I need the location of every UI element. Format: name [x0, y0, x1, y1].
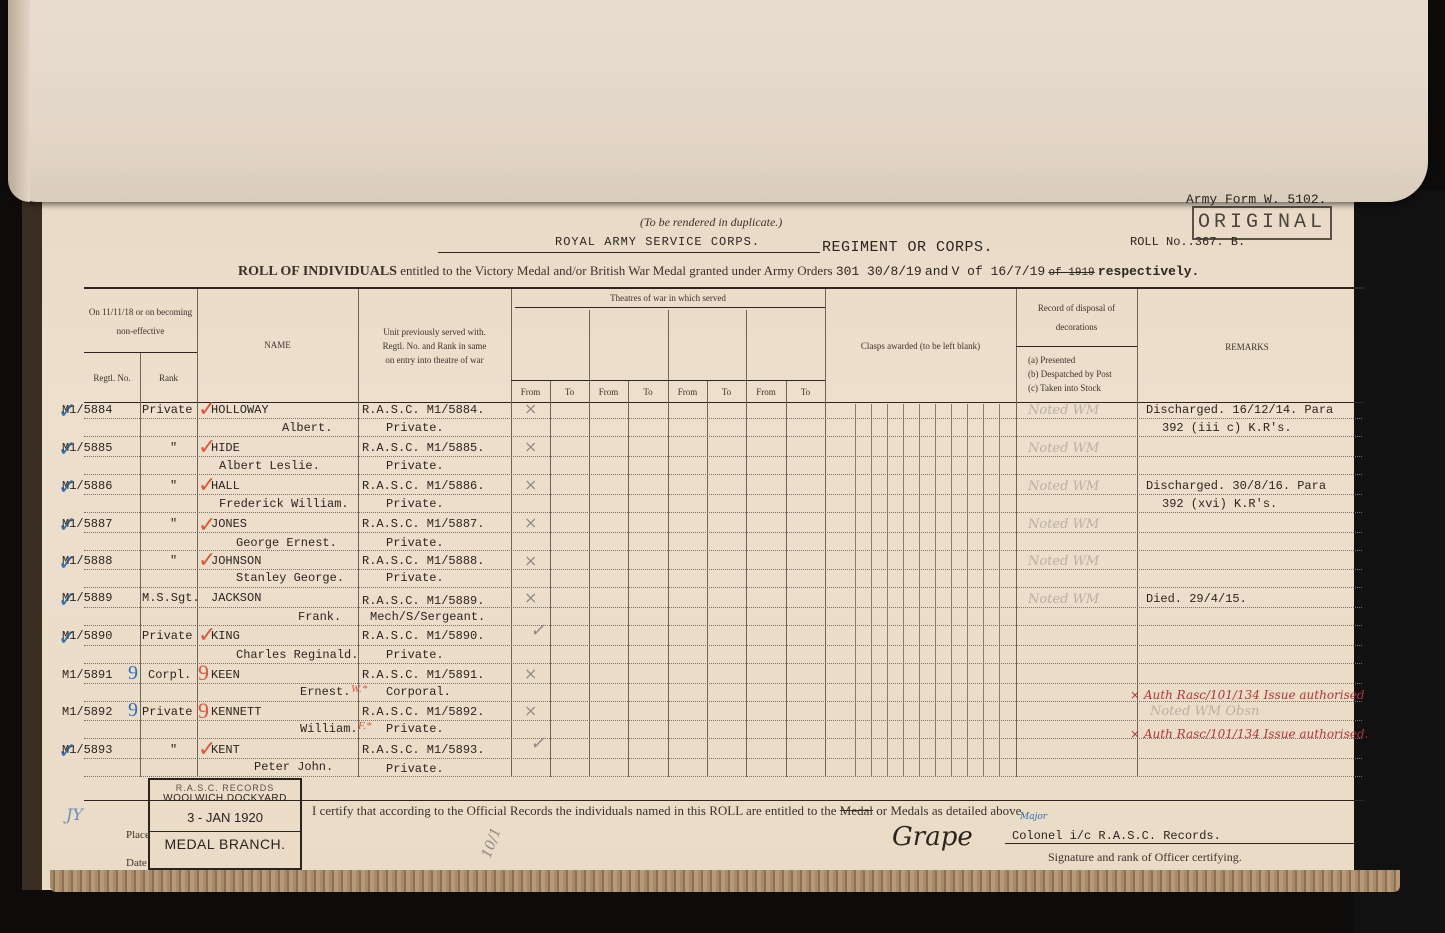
- stamp-line2: WOOLWICH DOCKYARD: [150, 793, 300, 804]
- rank: Corpl.: [148, 668, 191, 682]
- header-from-1: From: [511, 386, 550, 398]
- theatre-mark: ×: [524, 399, 537, 418]
- col-line: [825, 289, 826, 777]
- header-to-1: To: [550, 386, 589, 398]
- unit-rank: Mech/S/Sergeant.: [370, 610, 485, 624]
- roll-title-bold: ROLL OF INDIVIDUALS: [238, 264, 397, 279]
- red-mark-icon: 9: [198, 698, 209, 724]
- order-2: V of 16/7/19: [952, 264, 1046, 279]
- records-stamp: R.A.S.C. RECORDS WOOLWICH DOCKYARD 3 - J…: [148, 778, 302, 870]
- header-disposal-b: (b) Despatched by Post: [1028, 368, 1112, 380]
- forenames: William.: [300, 722, 358, 736]
- theatre-mark: ×: [524, 701, 537, 720]
- rank: Private: [142, 705, 192, 719]
- remarks: Discharged. 30/8/16. Para: [1146, 479, 1326, 493]
- background-shadow: [1354, 190, 1445, 933]
- disposal-note: Noted WM: [1028, 517, 1099, 532]
- regtl-no: M1/5891: [62, 668, 112, 682]
- col-line: [707, 380, 708, 777]
- header-on-date: On 11/11/18 or on becoming: [84, 306, 197, 318]
- row-line: [84, 625, 1362, 626]
- remarks: 392 (iii c) K.R's.: [1162, 421, 1292, 435]
- certify-text: I certify that according to the Official…: [312, 803, 837, 818]
- row-line: [84, 720, 1362, 721]
- row-line: [84, 663, 1362, 664]
- roll-title: ROLL OF INDIVIDUALS entitled to the Vict…: [238, 263, 1199, 280]
- forenames: Stanley George.: [236, 571, 344, 585]
- unit-rank: Private.: [386, 571, 444, 585]
- rank: Private: [142, 629, 192, 643]
- header-to-2: To: [628, 386, 668, 398]
- disposal-note: Noted WM: [1028, 554, 1099, 569]
- red-mark-icon: 9: [198, 660, 209, 686]
- header-from-3: From: [668, 386, 707, 398]
- col-line: [550, 380, 551, 777]
- col-line: [140, 352, 141, 777]
- row-line: [84, 758, 1362, 759]
- regtl-no: M1/5893: [62, 743, 112, 757]
- remarks-handwritten: × Auth Rasc/101/134 Issue authorised: [1130, 688, 1365, 702]
- header-divider: [1016, 346, 1137, 347]
- header-disposal-2: decorations: [1016, 321, 1137, 333]
- row-line: [84, 587, 1362, 588]
- header-unit-1: Unit previously served with.: [358, 326, 511, 338]
- initial-note: F.*: [358, 720, 372, 732]
- unit: R.A.S.C. M1/5893.: [362, 743, 484, 757]
- unit-rank: Private.: [386, 762, 444, 776]
- unit: R.A.S.C. M1/5890.: [362, 629, 484, 643]
- rank: ": [170, 554, 177, 568]
- stamp-branch: MEDAL BRANCH.: [150, 831, 300, 852]
- disposal-note: Noted WM: [1028, 403, 1099, 418]
- regtl-no: M1/5884: [62, 403, 112, 417]
- unit: R.A.S.C. M1/5888.: [362, 554, 484, 568]
- surname: JACKSON: [211, 591, 261, 605]
- header-from-2: From: [589, 386, 628, 398]
- col-line: [511, 289, 512, 777]
- header-remarks: REMARKS: [1137, 341, 1357, 353]
- header-disposal-c: (c) Taken into Stock: [1028, 382, 1101, 394]
- theatre-mark: ×: [524, 664, 537, 683]
- corps-name: ROYAL ARMY SERVICE CORPS.: [555, 235, 760, 249]
- col-line: [786, 380, 787, 777]
- unit: R.A.S.C. M1/5887.: [362, 517, 484, 531]
- theatre-mark: ×: [524, 551, 537, 570]
- certification-text: I certify that according to the Official…: [312, 803, 1025, 819]
- remarks-handwritten: × Auth Rasc/101/134 Issue authorised.: [1130, 727, 1368, 741]
- surname: KING: [211, 629, 240, 643]
- surname: KENT: [211, 743, 240, 757]
- officer-signature: Grape: [892, 822, 973, 852]
- header-to-4: To: [786, 386, 825, 398]
- header-non-effective: non-effective: [84, 325, 197, 337]
- header-to-3: To: [707, 386, 746, 398]
- roll-number: ROLL No..367. B.: [1130, 235, 1245, 249]
- certify-text-end: or Medals as detailed above.: [876, 803, 1024, 818]
- forenames: George Ernest.: [236, 536, 337, 550]
- duplicate-note: (To be rendered in duplicate.): [640, 215, 782, 230]
- forenames: Albert.: [282, 421, 332, 435]
- header-theatres: Theatres of war in which served: [511, 292, 825, 304]
- theatre-mark: ✓: [530, 620, 545, 641]
- unit-rank: Private.: [386, 497, 444, 511]
- theatre-mark: ×: [524, 588, 537, 607]
- remarks: Died. 29/4/15.: [1146, 592, 1247, 606]
- army-orders: 301 30/8/19: [836, 264, 922, 279]
- rank-note: Major: [1020, 812, 1047, 822]
- unit: R.A.S.C. M1/5891.: [362, 668, 484, 682]
- signer-title: Colonel i/c R.A.S.C. Records.: [1012, 829, 1221, 843]
- col-line: [1016, 289, 1017, 777]
- regtl-no: M1/5892: [62, 705, 112, 719]
- theatre-mark: ×: [524, 513, 537, 532]
- surname: HIDE: [211, 441, 240, 455]
- unit-rank: Private.: [386, 536, 444, 550]
- row-line: [84, 512, 1362, 513]
- forenames: Albert Leslie.: [219, 459, 320, 473]
- signature-caption: Signature and rank of Officer certifying…: [1048, 850, 1242, 865]
- rank: ": [170, 517, 177, 531]
- unit: R.A.S.C. M1/5886.: [362, 479, 484, 493]
- rank: M.S.Sgt.: [142, 591, 200, 605]
- header-unit-3: on entry into theatre of war: [358, 354, 511, 366]
- row-line: [84, 683, 1362, 684]
- remarks: 392 (xvi) K.R's.: [1162, 497, 1277, 511]
- regtl-no: M1/5885: [62, 441, 112, 455]
- unit-rank: Private.: [386, 722, 444, 736]
- stamp-line1: R.A.S.C. RECORDS: [150, 783, 300, 793]
- header-regtl-no: Regtl. No.: [84, 372, 140, 384]
- regiment-label: REGIMENT OR CORPS.: [822, 239, 993, 256]
- theatre-mark: ✓: [530, 733, 545, 754]
- blue-mark-icon: 9: [128, 662, 138, 685]
- rank: ": [170, 441, 177, 455]
- header-divider: [511, 380, 825, 381]
- regtl-no: M1/5889: [62, 591, 112, 605]
- table-top-border: [84, 287, 1364, 289]
- struck-text: of 1919: [1048, 267, 1094, 279]
- row-line: [84, 418, 1362, 419]
- surname: HALL: [211, 479, 240, 493]
- header-rank: Rank: [140, 372, 197, 384]
- stamp-date: 3 - JAN 1920: [150, 810, 300, 825]
- forenames: Ernest.: [300, 685, 350, 699]
- clasps-grid: [840, 404, 1015, 777]
- date-label: Date: [126, 857, 147, 869]
- unit-rank: Corporal.: [386, 685, 451, 699]
- theatre-mark: ×: [524, 437, 537, 456]
- theatre-mark: ×: [524, 475, 537, 494]
- header-clasps: Clasps awarded (to be left blank): [825, 340, 1016, 352]
- surname: JOHNSON: [211, 554, 261, 568]
- regtl-no: M1/5888: [62, 554, 112, 568]
- header-unit-2: Regtl. No. and Rank in same: [358, 340, 511, 352]
- row-line: [84, 569, 1362, 570]
- row-line: [84, 494, 1362, 495]
- surname: KENNETT: [211, 705, 261, 719]
- header-disposal-1: Record of disposal of: [1016, 302, 1137, 314]
- row-line: [84, 474, 1362, 475]
- row-line: [84, 456, 1362, 457]
- surname: JONES: [211, 517, 247, 531]
- margin-initials: JY: [66, 805, 83, 824]
- forenames: Charles Reginald.: [236, 648, 358, 662]
- header-divider: [84, 352, 197, 353]
- turned-over-page: [8, 0, 1428, 202]
- and-label: and: [925, 264, 948, 279]
- header-disposal-a: (a) Presented: [1028, 354, 1075, 366]
- unit-rank: Private.: [386, 648, 444, 662]
- forenames: Peter John.: [254, 760, 333, 774]
- rank: ": [170, 743, 177, 757]
- row-line: [84, 550, 1362, 551]
- unit: R.A.S.C. M1/5892.: [362, 705, 484, 719]
- surname: HOLLOWAY: [211, 403, 269, 417]
- roll-title-text: entitled to the Victory Medal and/or Bri…: [400, 263, 832, 278]
- row-line: [84, 436, 1362, 437]
- disposal-note: Noted WM: [1028, 479, 1099, 494]
- forenames: Frank.: [298, 610, 341, 624]
- place-label: Place: [126, 829, 150, 841]
- remarks: Discharged. 16/12/14. Para: [1146, 403, 1333, 417]
- row-line: [84, 607, 1362, 608]
- struck-medal: Medal: [840, 803, 873, 818]
- unit: R.A.S.C. M1/5889.: [362, 594, 484, 608]
- unit-rank: Private.: [386, 459, 444, 473]
- surname: KEEN: [211, 668, 240, 682]
- rank: Private: [142, 403, 192, 417]
- remarks-pencil: Noted WM Obsn: [1150, 704, 1259, 719]
- row-line: [84, 532, 1362, 533]
- unit: R.A.S.C. M1/5884.: [362, 403, 484, 417]
- disposal-note: Noted WM: [1028, 441, 1099, 456]
- page-edges: [50, 870, 1400, 892]
- regtl-no: M1/5886: [62, 479, 112, 493]
- army-form-number: Army Form W. 5102.: [1186, 192, 1326, 207]
- signature-line: [1005, 843, 1355, 844]
- regtl-no: M1/5887: [62, 517, 112, 531]
- forenames: Frederick William.: [219, 497, 349, 511]
- header-from-4: From: [746, 386, 786, 398]
- row-line: [84, 776, 1362, 777]
- blue-mark-icon: 9: [128, 699, 138, 722]
- row-line: [84, 645, 1362, 646]
- col-line: [1137, 289, 1138, 777]
- col-line: [628, 380, 629, 777]
- respectively-label: respectively.: [1098, 264, 1199, 279]
- regtl-no: M1/5890: [62, 629, 112, 643]
- unit-rank: Private.: [386, 421, 444, 435]
- rank: ": [170, 479, 177, 493]
- header-divider: [515, 307, 825, 308]
- disposal-note: Noted WM: [1028, 592, 1099, 607]
- unit: R.A.S.C. M1/5885.: [362, 441, 484, 455]
- header-name: NAME: [197, 339, 358, 351]
- corps-underline: [438, 252, 820, 253]
- initial-note: W.*: [351, 683, 367, 695]
- book-binding: [22, 190, 42, 890]
